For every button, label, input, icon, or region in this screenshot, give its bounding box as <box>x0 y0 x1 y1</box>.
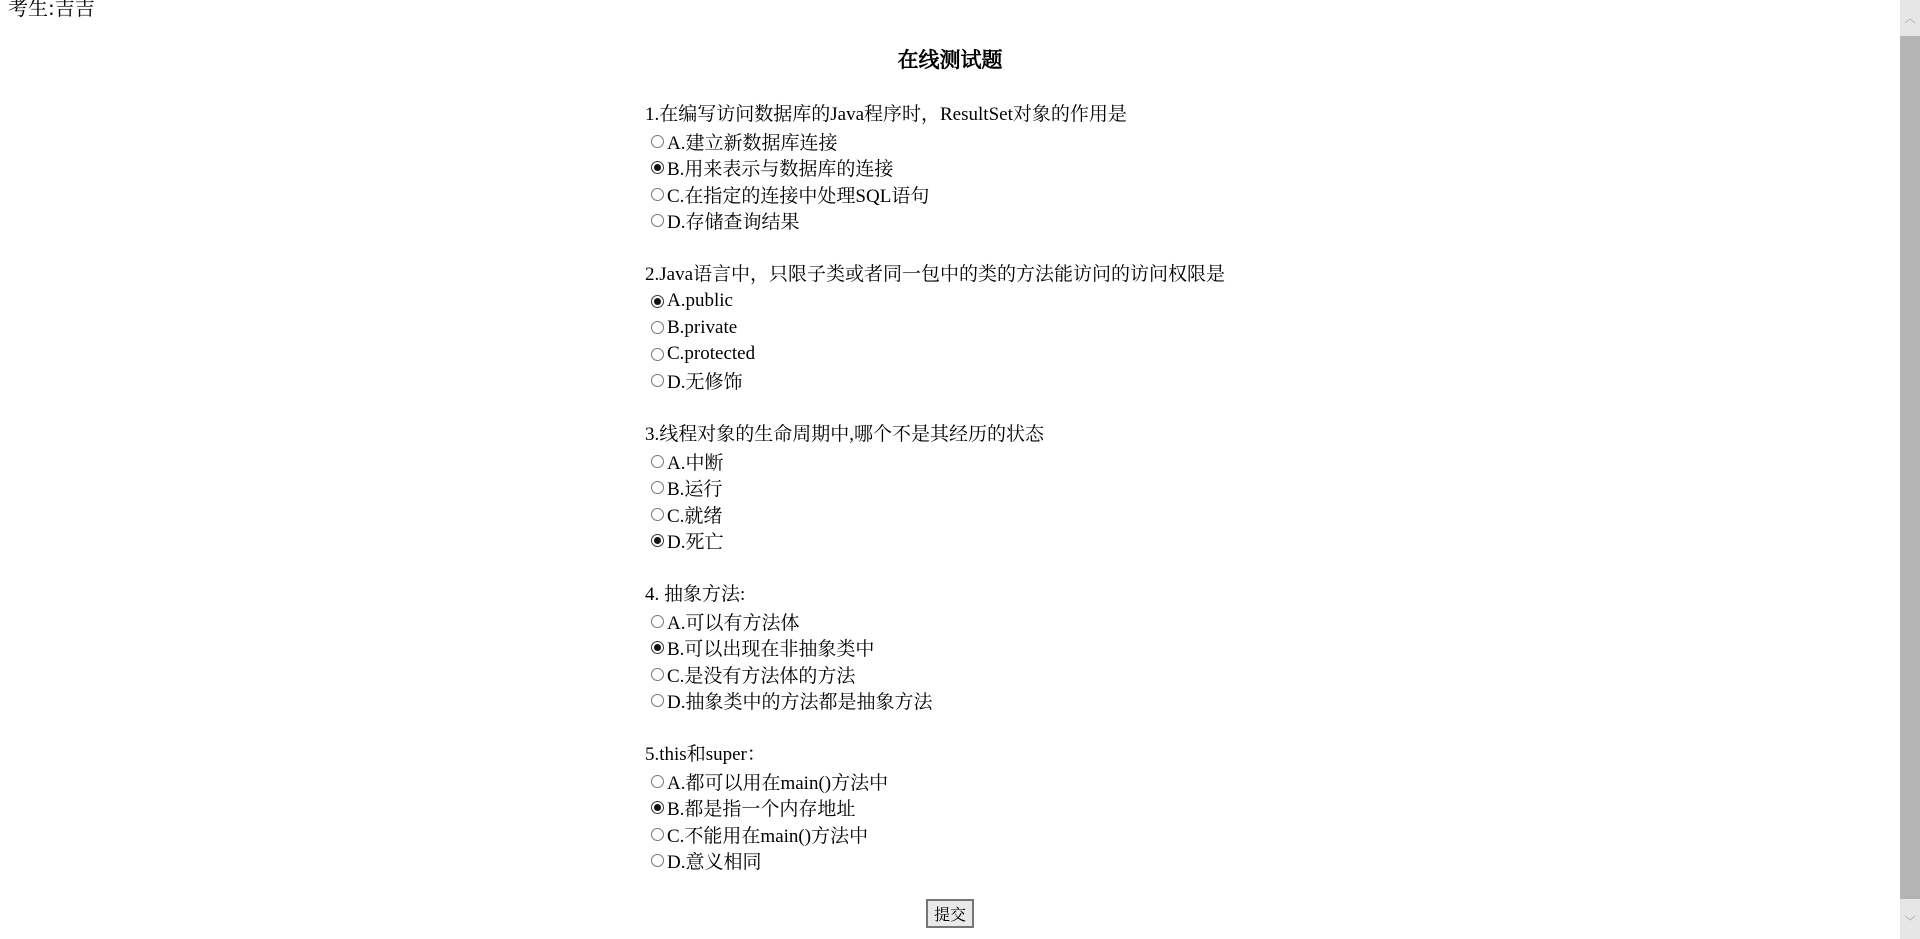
option-label: D.意义相同 <box>667 847 761 874</box>
radio-unchecked-icon[interactable] <box>651 508 664 521</box>
scroll-up-arrow-icon[interactable]: ︿ <box>1900 0 1920 36</box>
answer-option[interactable]: C.就绪 <box>645 501 1225 528</box>
question-text: 1.在编写访问数据库的Java程序时，ResultSet对象的作用是 <box>645 102 1225 128</box>
answer-option[interactable]: D.意义相同 <box>645 848 1225 875</box>
radio-unchecked-icon[interactable] <box>651 775 664 788</box>
option-label: C.不能用在main()方法中 <box>667 821 868 848</box>
radio-unchecked-icon[interactable] <box>651 694 664 707</box>
question-text: 5.this和super： <box>645 742 1225 768</box>
answer-option[interactable]: B.用来表示与数据库的连接 <box>645 155 1225 182</box>
option-label: D.抽象类中的方法都是抽象方法 <box>667 687 932 714</box>
radio-checked-icon[interactable] <box>651 295 664 308</box>
option-label: A.可以有方法体 <box>667 608 799 635</box>
option-label: B.都是指一个内存地址 <box>667 794 855 821</box>
question-4: 4. 抽象方法:A.可以有方法体B.可以出现在非抽象类中C.是没有方法体的方法D… <box>645 582 1225 714</box>
question-3: 3.线程对象的生命周期中,哪个不是其经历的状态A.中断B.运行C.就绪D.死亡 <box>645 422 1225 554</box>
question-2: 2.Java语言中，只限子类或者同一包中的类的方法能访问的访问权限是A.publ… <box>645 262 1225 394</box>
option-label: A.建立新数据库连接 <box>667 128 837 155</box>
vertical-scrollbar[interactable]: ︿ ﹀ <box>1900 0 1920 939</box>
option-label: B.用来表示与数据库的连接 <box>667 154 893 181</box>
answer-option[interactable]: C.不能用在main()方法中 <box>645 821 1225 848</box>
radio-unchecked-icon[interactable] <box>651 214 664 227</box>
answer-option[interactable]: A.中断 <box>645 448 1225 475</box>
answer-option[interactable]: D.存储查询结果 <box>645 208 1225 235</box>
option-label: D.死亡 <box>667 527 723 554</box>
answer-option[interactable]: A.public <box>645 288 1225 315</box>
answer-option[interactable]: C.protected <box>645 341 1225 368</box>
option-label: C.就绪 <box>667 501 722 528</box>
option-label: B.运行 <box>667 474 722 501</box>
radio-checked-icon[interactable] <box>651 161 664 174</box>
answer-option[interactable]: A.可以有方法体 <box>645 608 1225 635</box>
answer-option[interactable]: B.运行 <box>645 475 1225 502</box>
answer-option[interactable]: B.可以出现在非抽象类中 <box>645 635 1225 662</box>
radio-unchecked-icon[interactable] <box>651 188 664 201</box>
radio-unchecked-icon[interactable] <box>651 668 664 681</box>
question-1: 1.在编写访问数据库的Java程序时，ResultSet对象的作用是A.建立新数… <box>645 102 1225 234</box>
radio-unchecked-icon[interactable] <box>651 321 664 334</box>
option-label: A.都可以用在main()方法中 <box>667 768 888 795</box>
answer-option[interactable]: B.都是指一个内存地址 <box>645 795 1225 822</box>
option-label: D.存储查询结果 <box>667 207 799 234</box>
radio-unchecked-icon[interactable] <box>651 455 664 468</box>
option-label: C.protected <box>667 343 755 365</box>
examinee-name: 考生:吉吉 <box>8 0 95 21</box>
question-5: 5.this和super：A.都可以用在main()方法中B.都是指一个内存地址… <box>645 742 1225 874</box>
radio-unchecked-icon[interactable] <box>651 135 664 148</box>
answer-option[interactable]: C.是没有方法体的方法 <box>645 661 1225 688</box>
answer-option[interactable]: A.都可以用在main()方法中 <box>645 768 1225 795</box>
scroll-down-arrow-icon[interactable]: ﹀ <box>1900 903 1920 939</box>
answer-option[interactable]: A.建立新数据库连接 <box>645 128 1225 155</box>
page-title: 在线测试题 <box>0 44 1900 74</box>
quiz-form: 1.在编写访问数据库的Java程序时，ResultSet对象的作用是A.建立新数… <box>645 102 1225 902</box>
option-label: B.private <box>667 317 737 339</box>
question-text: 2.Java语言中，只限子类或者同一包中的类的方法能访问的访问权限是 <box>645 262 1225 288</box>
radio-checked-icon[interactable] <box>651 534 664 547</box>
radio-checked-icon[interactable] <box>651 641 664 654</box>
option-label: C.是没有方法体的方法 <box>667 661 855 688</box>
submit-button[interactable]: 提交 <box>926 899 974 928</box>
radio-unchecked-icon[interactable] <box>651 374 664 387</box>
scrollbar-thumb[interactable] <box>1900 36 1920 899</box>
question-text: 3.线程对象的生命周期中,哪个不是其经历的状态 <box>645 422 1225 448</box>
answer-option[interactable]: D.无修饰 <box>645 368 1225 395</box>
radio-unchecked-icon[interactable] <box>651 615 664 628</box>
question-text: 4. 抽象方法: <box>645 582 1225 608</box>
answer-option[interactable]: D.死亡 <box>645 528 1225 555</box>
radio-unchecked-icon[interactable] <box>651 348 664 361</box>
answer-option[interactable]: D.抽象类中的方法都是抽象方法 <box>645 688 1225 715</box>
option-label: D.无修饰 <box>667 367 742 394</box>
radio-unchecked-icon[interactable] <box>651 854 664 867</box>
radio-unchecked-icon[interactable] <box>651 481 664 494</box>
answer-option[interactable]: B.private <box>645 315 1225 342</box>
option-label: C.在指定的连接中处理SQL语句 <box>667 181 929 208</box>
radio-checked-icon[interactable] <box>651 801 664 814</box>
option-label: A.public <box>667 290 733 312</box>
answer-option[interactable]: C.在指定的连接中处理SQL语句 <box>645 181 1225 208</box>
radio-unchecked-icon[interactable] <box>651 828 664 841</box>
option-label: A.中断 <box>667 448 723 475</box>
option-label: B.可以出现在非抽象类中 <box>667 634 874 661</box>
